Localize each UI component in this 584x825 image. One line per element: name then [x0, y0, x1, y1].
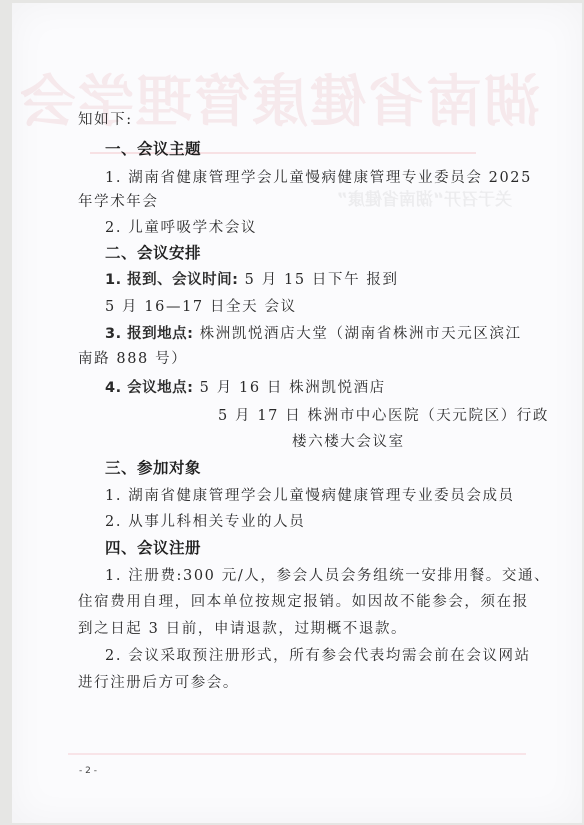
- schedule-venue-line: 4. 会议地点: 5 月 16 日 株洲凯悦酒店: [105, 376, 386, 397]
- section-heading-participants: 三、参加对象: [105, 456, 201, 478]
- letterhead-bleed-through: 湖南省健康管理学会: [90, 68, 540, 138]
- participants-item-1: 1. 湖南省健康管理学会儿童慢病健康管理专业委员会成员: [105, 484, 515, 505]
- section-heading-theme: 一、会议主题: [105, 137, 201, 159]
- document-page: 湖南省健康管理学会 关于召开“湖南省健康” 知如下: 一、会议主题 1. 湖南省…: [12, 3, 582, 823]
- schedule-checkin-value-2: 南路 888 号）: [78, 347, 187, 368]
- schedule-venue-value: 5 月 16 日 株洲凯悦酒店: [193, 380, 385, 396]
- bleed-through-text: 关于召开“湖南省健康”: [282, 185, 512, 210]
- schedule-checkin-line: 3. 报到地点: 株洲凯悦酒店大堂（湖南省株洲市天元区滨江: [105, 322, 522, 343]
- registration-item-2-cont: 进行注册后方可参会。: [78, 671, 239, 692]
- theme-item-1-cont: 年学术年会: [78, 190, 159, 211]
- theme-item-1: 1. 湖南省健康管理学会儿童慢病健康管理专业委员会 2025: [105, 166, 532, 187]
- section-heading-registration: 四、会议注册: [105, 536, 201, 558]
- schedule-checkin-label: 3. 报到地点:: [105, 326, 193, 342]
- schedule-venue-value-2: 5 月 17 日 株洲市中心医院（天元院区）行政: [218, 404, 549, 425]
- schedule-checkin-value: 株洲凯悦酒店大堂（湖南省株洲市天元区滨江: [193, 326, 521, 342]
- registration-item-1-cont-1: 住宿费用自理，回本单位按规定报销。如因故不能参会，须在报: [78, 590, 529, 611]
- schedule-time-value: 5 月 15 日下午 报到: [238, 272, 398, 288]
- schedule-venue-value-3: 楼六楼大会议室: [292, 430, 405, 451]
- registration-item-1-cont-2: 到之日起 3 日前，申请退款，过期概不退款。: [78, 617, 407, 638]
- schedule-time-line: 1. 报到、会议时间: 5 月 15 日下午 报到: [105, 268, 399, 289]
- schedule-venue-label: 4. 会议地点:: [105, 380, 193, 396]
- page-number: - 2 -: [79, 766, 97, 776]
- footer-rule-bleed: [68, 753, 526, 755]
- schedule-time-label: 1. 报到、会议时间:: [105, 272, 238, 288]
- intro-text: 知如下:: [78, 108, 133, 129]
- registration-item-2: 2. 会议采取预注册形式，所有参会代表均需会前在会议网站: [105, 644, 531, 665]
- section-heading-schedule: 二、会议安排: [105, 241, 201, 263]
- participants-item-2: 2. 从事儿科相关专业的人员: [105, 510, 305, 531]
- registration-item-1: 1. 注册费:300 元/人，参会人员会务组统一安排用餐。交通、: [105, 564, 550, 585]
- document-viewer: 湖南省健康管理学会 关于召开“湖南省健康” 知如下: 一、会议主题 1. 湖南省…: [0, 0, 584, 825]
- theme-item-2: 2. 儿童呼吸学术会议: [105, 216, 257, 237]
- schedule-time-value-2: 5 月 16—17 日全天 会议: [105, 295, 297, 316]
